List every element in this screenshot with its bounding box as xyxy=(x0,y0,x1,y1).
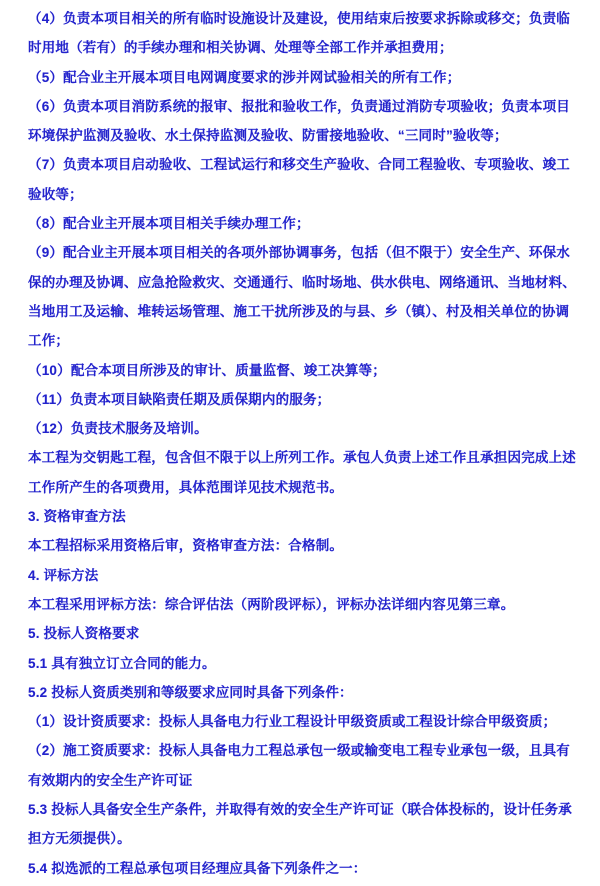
text-line: （2）施工资质要求：投标人具备电力工程总承包一级或输变电工程专业承包一级，且具有 xyxy=(28,736,590,765)
text-line: 5.1 具有独立订立合同的能力。 xyxy=(28,649,590,678)
text-line: 当地用工及运输、堆转运场管理、施工干扰所涉及的与县、乡（镇）、村及相关单位的协调 xyxy=(28,297,590,326)
text-line: 本工程为交钥匙工程，包含但不限于以上所列工作。承包人负责上述工作且承担因完成上述 xyxy=(28,443,590,472)
section-heading-qualification-review: 3. 资格审查方法 xyxy=(28,502,590,531)
text-line: （11）负责本项目缺陷责任期及质保期内的服务； xyxy=(28,385,590,414)
text-line: （12）负责技术服务及培训。 xyxy=(28,414,590,443)
text-line: （4）负责本项目相关的所有临时设施设计及建设，使用结束后按要求拆除或移交；负责临 xyxy=(28,4,590,33)
text-line: 担方无须提供）。 xyxy=(28,824,590,853)
text-line: （7）负责本项目启动验收、工程试运行和移交生产验收、合同工程验收、专项验收、竣工 xyxy=(28,150,590,179)
text-line: 工作； xyxy=(28,326,590,355)
text-line: 本工程招标采用资格后审，资格审查方法：合格制。 xyxy=(28,531,590,560)
section-heading-bidder-qualification: 5. 投标人资格要求 xyxy=(28,619,590,648)
text-line: （8）配合业主开展本项目相关手续办理工作； xyxy=(28,209,590,238)
text-line: 本工程采用评标方法：综合评估法（两阶段评标），评标办法详细内容见第三章。 xyxy=(28,590,590,619)
tender-document-page: （4）负责本项目相关的所有临时设施设计及建设，使用结束后按要求拆除或移交；负责临… xyxy=(0,0,600,886)
text-line: 验收等； xyxy=(28,180,590,209)
text-line: 工作所产生的各项费用，具体范围详见技术规范书。 xyxy=(28,473,590,502)
text-line: 5.2 投标人资质类别和等级要求应同时具备下列条件： xyxy=(28,678,590,707)
text-line: 环境保护监测及验收、水土保持监测及验收、防雷接地验收、“三同时”验收等； xyxy=(28,121,590,150)
text-line: 5.4 拟选派的工程总承包项目经理应具备下列条件之一： xyxy=(28,854,590,883)
text-line: （6）负责本项目消防系统的报审、报批和验收工作，负责通过消防专项验收；负责本项目 xyxy=(28,92,590,121)
text-line: （9）配合业主开展本项目相关的各项外部协调事务，包括（但不限于）安全生产、环保水 xyxy=(28,238,590,267)
text-line: （10）配合本项目所涉及的审计、质量监督、竣工决算等； xyxy=(28,356,590,385)
text-line: （1）设计资质要求：投标人具备电力行业工程设计甲级资质或工程设计综合甲级资质； xyxy=(28,707,590,736)
text-line: 有效期内的安全生产许可证 xyxy=(28,766,590,795)
text-line: 时用地（若有）的手续办理和相关协调、处理等全部工作并承担费用； xyxy=(28,33,590,62)
section-heading-evaluation-method: 4. 评标方法 xyxy=(28,561,590,590)
text-line: 5.3 投标人具备安全生产条件，并取得有效的安全生产许可证（联合体投标的，设计任… xyxy=(28,795,590,824)
text-line: （5）配合业主开展本项目电网调度要求的涉并网试验相关的所有工作； xyxy=(28,63,590,92)
document-text-block: （4）负责本项目相关的所有临时设施设计及建设，使用结束后按要求拆除或移交；负责临… xyxy=(28,4,590,883)
text-line: 保的办理及协调、应急抢险救灾、交通通行、临时场地、供水供电、网络通讯、当地材料、 xyxy=(28,268,590,297)
